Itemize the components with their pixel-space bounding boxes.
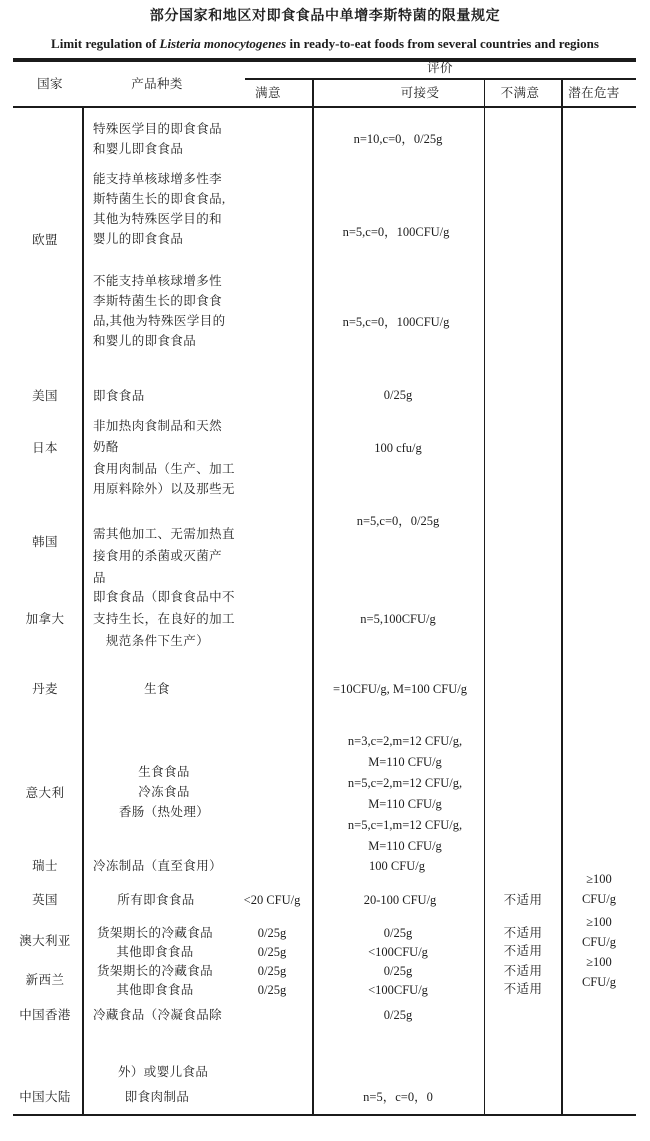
value-au-2-unsatisfactory: 不适用 (504, 941, 543, 961)
value-nz-2-acceptable: <100CFU/g (368, 980, 428, 1000)
product-nz-1: 货架期长的冷藏食品 (97, 961, 213, 981)
value-au-2-acceptable: <100CFU/g (368, 942, 428, 962)
country-label-ca: 加拿大 (26, 609, 65, 629)
table-top-border (13, 58, 636, 62)
header-bottom-border (13, 106, 636, 108)
paper-table-page: 部分国家和地区对即食食品中单增李斯特菌的限量规定 Limit regulatio… (0, 0, 650, 1141)
value-ca-acceptable: n=5,100CFU/g (360, 609, 435, 629)
product-dk: 生食 (144, 679, 170, 699)
product-ch: 冷冻制品（直至食用） (93, 856, 222, 876)
value-nz-1-hazard: ≥100 CFU/g (574, 952, 625, 992)
country-label-ch: 瑞士 (32, 856, 58, 876)
value-uk-acceptable: 20-100 CFU/g (364, 890, 437, 910)
country-label-it: 意大利 (26, 783, 65, 803)
value-dk-acceptable: =10CFU/g, M=100 CFU/g (333, 679, 467, 699)
value-kr-acceptable: n=5,c=0，0/25g (357, 511, 440, 531)
table-title-zh: 部分国家和地区对即食食品中单增李斯特菌的限量规定 (150, 7, 500, 27)
value-uk-hazard: ≥100 CFU/g (574, 869, 625, 909)
value-au-1-satisfactory: 0/25g (258, 923, 286, 943)
product-eu-2: 能支持单核球增多性李 斯特菌生长的即食食品, 其他为特殊医学目的和 婴儿的即食食… (93, 169, 226, 249)
header-country: 国家 (37, 74, 63, 94)
product-uk: 所有即食食品 (117, 890, 194, 910)
country-label-hk: 中国香港 (19, 1005, 71, 1025)
value-nz-1-satisfactory: 0/25g (258, 961, 286, 981)
product-it: 生食食品 冷冻食品 香肠（热处理） (119, 762, 209, 822)
value-cn-acceptable: n=5，c=0，0 (363, 1087, 433, 1107)
country-label-kr: 韩国 (32, 532, 58, 552)
country-label-eu: 欧盟 (32, 230, 58, 250)
column-divider-country (82, 106, 84, 1114)
header-evaluation: 评价 (427, 58, 453, 78)
value-us-acceptable: 0/25g (384, 385, 412, 405)
product-kr: 需其他加工、无需加热直 接食用的杀菌或灭菌产 品 (93, 523, 235, 589)
value-eu-3-acceptable: n=5,c=0，100CFU/g (343, 312, 450, 332)
value-it-acceptable: n=3,c=2,m=12 CFU/g, M=110 CFU/g n=5,c=2,… (348, 731, 462, 857)
header-product: 产品种类 (131, 74, 183, 94)
value-uk-satisfactory: <20 CFU/g (244, 890, 301, 910)
header-acceptable: 可接受 (401, 83, 440, 103)
product-jp-1: 非加热肉食制品和天然 奶酪 (93, 416, 222, 458)
column-divider-unsatisfactory (561, 78, 563, 1114)
product-us: 即食食品 (93, 386, 145, 406)
value-eu-1-acceptable: n=10,c=0，0/25g (354, 129, 443, 149)
product-eu-3: 不能支持单核球增多性 李斯特菌生长的即食食 品,其他为特殊医学目的 和婴儿的即食… (93, 271, 226, 351)
species-name-italic: Listeria monocytogenes (160, 36, 287, 51)
table-title-en-pre: Limit regulation of (51, 36, 159, 51)
country-label-us: 美国 (32, 386, 58, 406)
value-eu-2-acceptable: n=5,c=0，100CFU/g (343, 222, 450, 242)
column-divider-satisfactory (312, 78, 314, 1114)
value-nz-1-acceptable: 0/25g (384, 961, 412, 981)
value-au-1-unsatisfactory: 不适用 (504, 923, 543, 943)
value-nz-2-unsatisfactory: 不适用 (504, 979, 543, 999)
country-label-jp: 日本 (32, 438, 58, 458)
product-eu-1: 特殊医学目的即食食品 和婴儿即食食品 (93, 119, 222, 159)
product-jp-2: 食用肉制品（生产、加工 用原料除外）以及那些无 (93, 459, 235, 499)
value-ch-acceptable: 100 CFU/g (369, 856, 425, 876)
product-hk-1: 冷藏食品（冷凝食品除 (93, 1005, 222, 1025)
product-au-2: 其他即食食品 (116, 942, 193, 962)
evaluation-underline (245, 78, 636, 80)
value-au-1-acceptable: 0/25g (384, 923, 412, 943)
country-label-cn: 中国大陆 (19, 1087, 71, 1107)
country-label-uk: 英国 (32, 890, 58, 910)
product-cn: 即食肉制品 (125, 1087, 190, 1107)
product-au-1: 货架期长的冷藏食品 (97, 923, 213, 943)
value-nz-2-satisfactory: 0/25g (258, 980, 286, 1000)
country-label-dk: 丹麦 (32, 679, 58, 699)
value-jp-acceptable: 100 cfu/g (374, 438, 422, 458)
header-unsatisfactory: 不满意 (501, 83, 540, 103)
value-hk-acceptable: 0/25g (384, 1005, 412, 1025)
country-label-au: 澳大利亚 (19, 931, 71, 951)
table-bottom-border (13, 1114, 636, 1116)
value-au-1-hazard: ≥100 CFU/g (574, 912, 625, 952)
table-title-en-post: in ready-to-eat foods from several count… (286, 36, 599, 51)
value-nz-1-unsatisfactory: 不适用 (504, 961, 543, 981)
header-potential-hazard: 潜在危害 (568, 83, 620, 103)
product-ca: 即食食品（即食食品中不 支持生长，在良好的加工 规范条件下生产） (93, 586, 235, 652)
value-uk-unsatisfactory: 不适用 (504, 890, 543, 910)
product-nz-2: 其他即食食品 (116, 980, 193, 1000)
country-label-nz: 新西兰 (26, 970, 65, 990)
product-hk-2: 外）或婴儿食品 (118, 1062, 208, 1082)
table-title-en: Limit regulation of Listeria monocytogen… (51, 34, 599, 54)
value-au-2-satisfactory: 0/25g (258, 942, 286, 962)
header-satisfactory: 满意 (255, 83, 281, 103)
column-divider-acceptable (484, 78, 486, 1114)
